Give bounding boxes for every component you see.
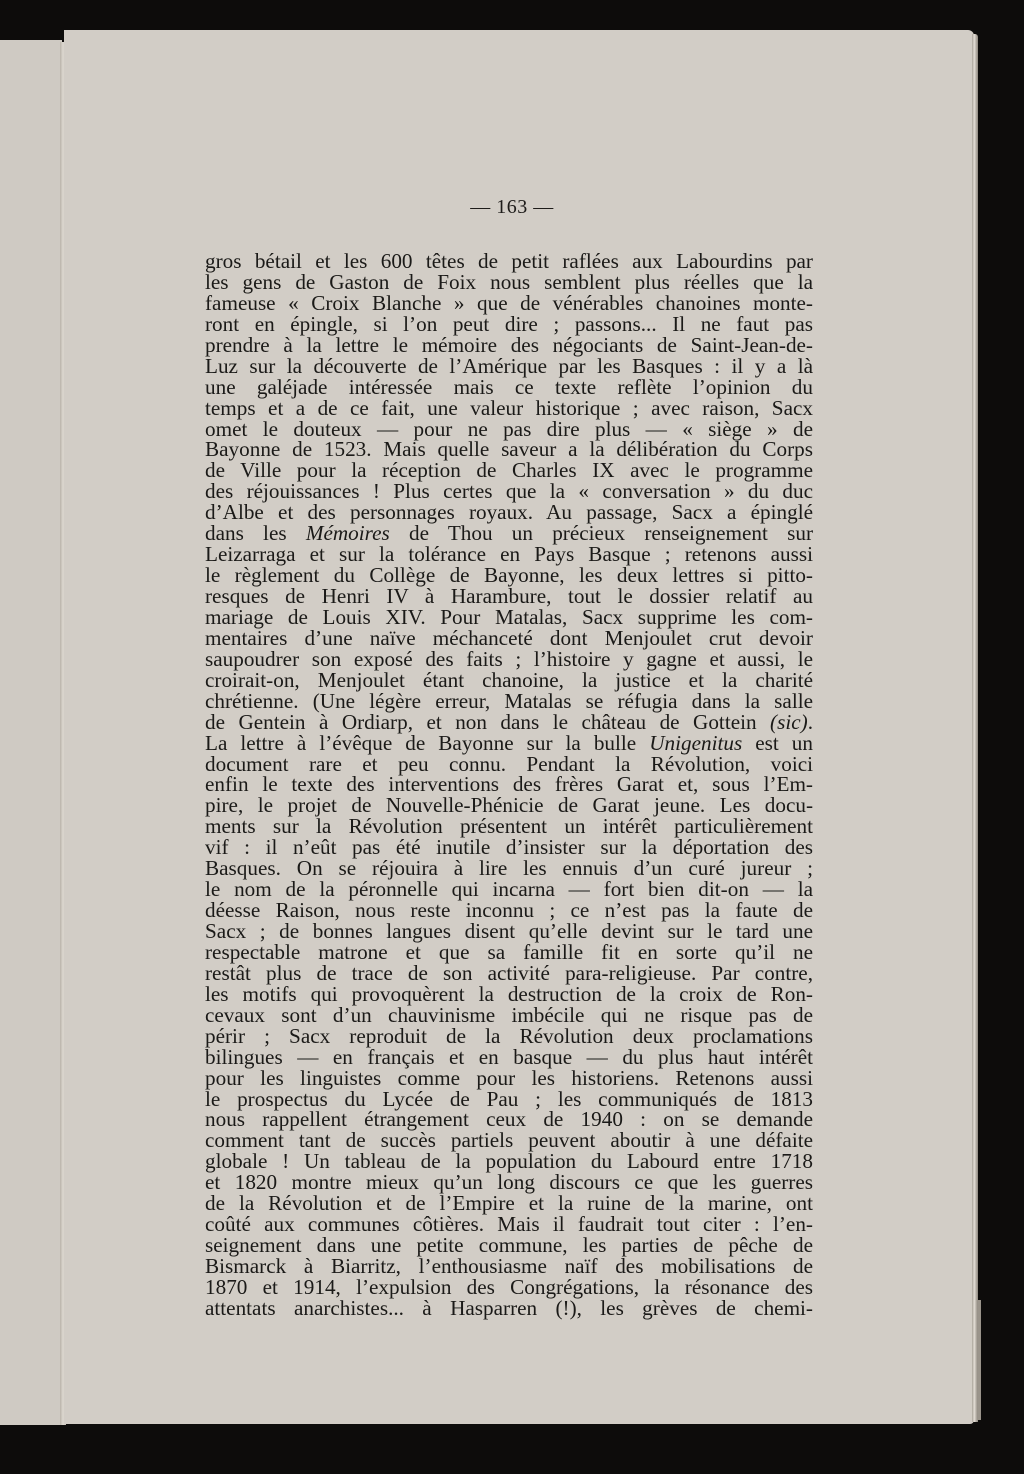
text-line: et 1820 montre mieux qu’un long discours… — [205, 1172, 813, 1193]
text-line: temps et a de ce fait, une valeur histor… — [205, 398, 813, 419]
page-number: — 163 — — [0, 196, 1024, 219]
text-line: Bayonne de 1523. Mais quelle saveur a la… — [205, 439, 813, 460]
text-line: bilingues — en français et en basque — d… — [205, 1047, 813, 1068]
text-line: gros bétail et les 600 têtes de petit ra… — [205, 251, 813, 272]
text-line: resques de Henri IV à Harambure, tout le… — [205, 586, 813, 607]
text-line: attentats anarchistes... à Hasparren (!)… — [205, 1298, 813, 1319]
text-line: chrétienne. (Une légère erreur, Matalas … — [205, 691, 813, 712]
text-line: le règlement du Collège de Bayonne, les … — [205, 565, 813, 586]
text-line: enfin le texte des interventions des frè… — [205, 774, 813, 795]
text-line: nous rappellent étrangement ceux de 1940… — [205, 1109, 813, 1130]
text-line: Basques. On se réjouira à lire les ennui… — [205, 858, 813, 879]
text-line: dans les Mémoires de Thou un précieux re… — [205, 523, 813, 544]
page-stack-edge-lower — [978, 1300, 981, 1420]
text-line: périr ; Sacx reproduit de la Révolution … — [205, 1026, 813, 1047]
left-page-edge — [0, 40, 62, 1425]
text-line: coûté aux communes côtières. Mais il fau… — [205, 1214, 813, 1235]
text-line: de Gentein à Ordiarp, et non dans le châ… — [205, 712, 813, 733]
text-line: restât plus de trace de son activité par… — [205, 963, 813, 984]
text-line: omet le douteux — pour ne pas dire plus … — [205, 419, 813, 440]
text-line: des réjouissances ! Plus certes que la «… — [205, 481, 813, 502]
text-line: respectable matrone et que sa famille fi… — [205, 942, 813, 963]
text-line: ments sur la Révolution présentent un in… — [205, 816, 813, 837]
text-line: fameuse « Croix Blanche » que de vénérab… — [205, 293, 813, 314]
text-line: mariage de Louis XIV. Pour Matalas, Sacx… — [205, 607, 813, 628]
text-line: déesse Raison, nous reste inconnu ; ce n… — [205, 900, 813, 921]
text-line: cevaux sont d’un chauvinisme imbécile qu… — [205, 1005, 813, 1026]
text-line: globale ! Un tableau de la population du… — [205, 1151, 813, 1172]
text-line: vif : il n’eût pas été inutile d’insiste… — [205, 837, 813, 858]
text-line: pour les linguistes comme pour les histo… — [205, 1068, 813, 1089]
text-line: de Ville pour la réception de Charles IX… — [205, 460, 813, 481]
text-line: Bismarck à Biarritz, l’enthousiasme naïf… — [205, 1256, 813, 1277]
text-line: La lettre à l’évêque de Bayonne sur la b… — [205, 733, 813, 754]
text-line: saupoudrer son exposé des faits ; l’hist… — [205, 649, 813, 670]
page-stack-edge — [972, 34, 978, 1422]
text-line: document rare et peu connu. Pendant la R… — [205, 754, 813, 775]
text-line: seignement dans une petite commune, les … — [205, 1235, 813, 1256]
text-line: pire, le projet de Nouvelle-Phénicie de … — [205, 795, 813, 816]
text-line: Sacx ; de bonnes langues disent qu’elle … — [205, 921, 813, 942]
text-line: croirait-on, Menjoulet étant chanoine, l… — [205, 670, 813, 691]
body-text: gros bétail et les 600 têtes de petit ra… — [205, 251, 813, 1319]
text-line: Leizarraga et sur la tolérance en Pays B… — [205, 544, 813, 565]
text-line: mentaires d’une naïve méchanceté dont Me… — [205, 628, 813, 649]
text-line: de la Révolution et de l’Empire et la ru… — [205, 1193, 813, 1214]
text-line: Luz sur la découverte de l’Amérique par … — [205, 356, 813, 377]
text-line: une galéjade intéressée mais ce texte re… — [205, 377, 813, 398]
text-line: 1870 et 1914, l’expulsion des Congrégati… — [205, 1277, 813, 1298]
italic-text: Unigenitus — [649, 731, 742, 755]
text-line: d’Albe et des personnages royaux. Au pas… — [205, 502, 813, 523]
text-line: le nom de la péronnelle qui incarna — fo… — [205, 879, 813, 900]
text-line: prendre à la lettre le mémoire des négoc… — [205, 335, 813, 356]
text-line: comment tant de succès partiels peuvent … — [205, 1130, 813, 1151]
text-line: ront en épingle, si l’on peut dire ; pas… — [205, 314, 813, 335]
text-line: le prospectus du Lycée de Pau ; les comm… — [205, 1089, 813, 1110]
text-line: les gens de Gaston de Foix nous semblent… — [205, 272, 813, 293]
text-line: les motifs qui provoquèrent la destructi… — [205, 984, 813, 1005]
